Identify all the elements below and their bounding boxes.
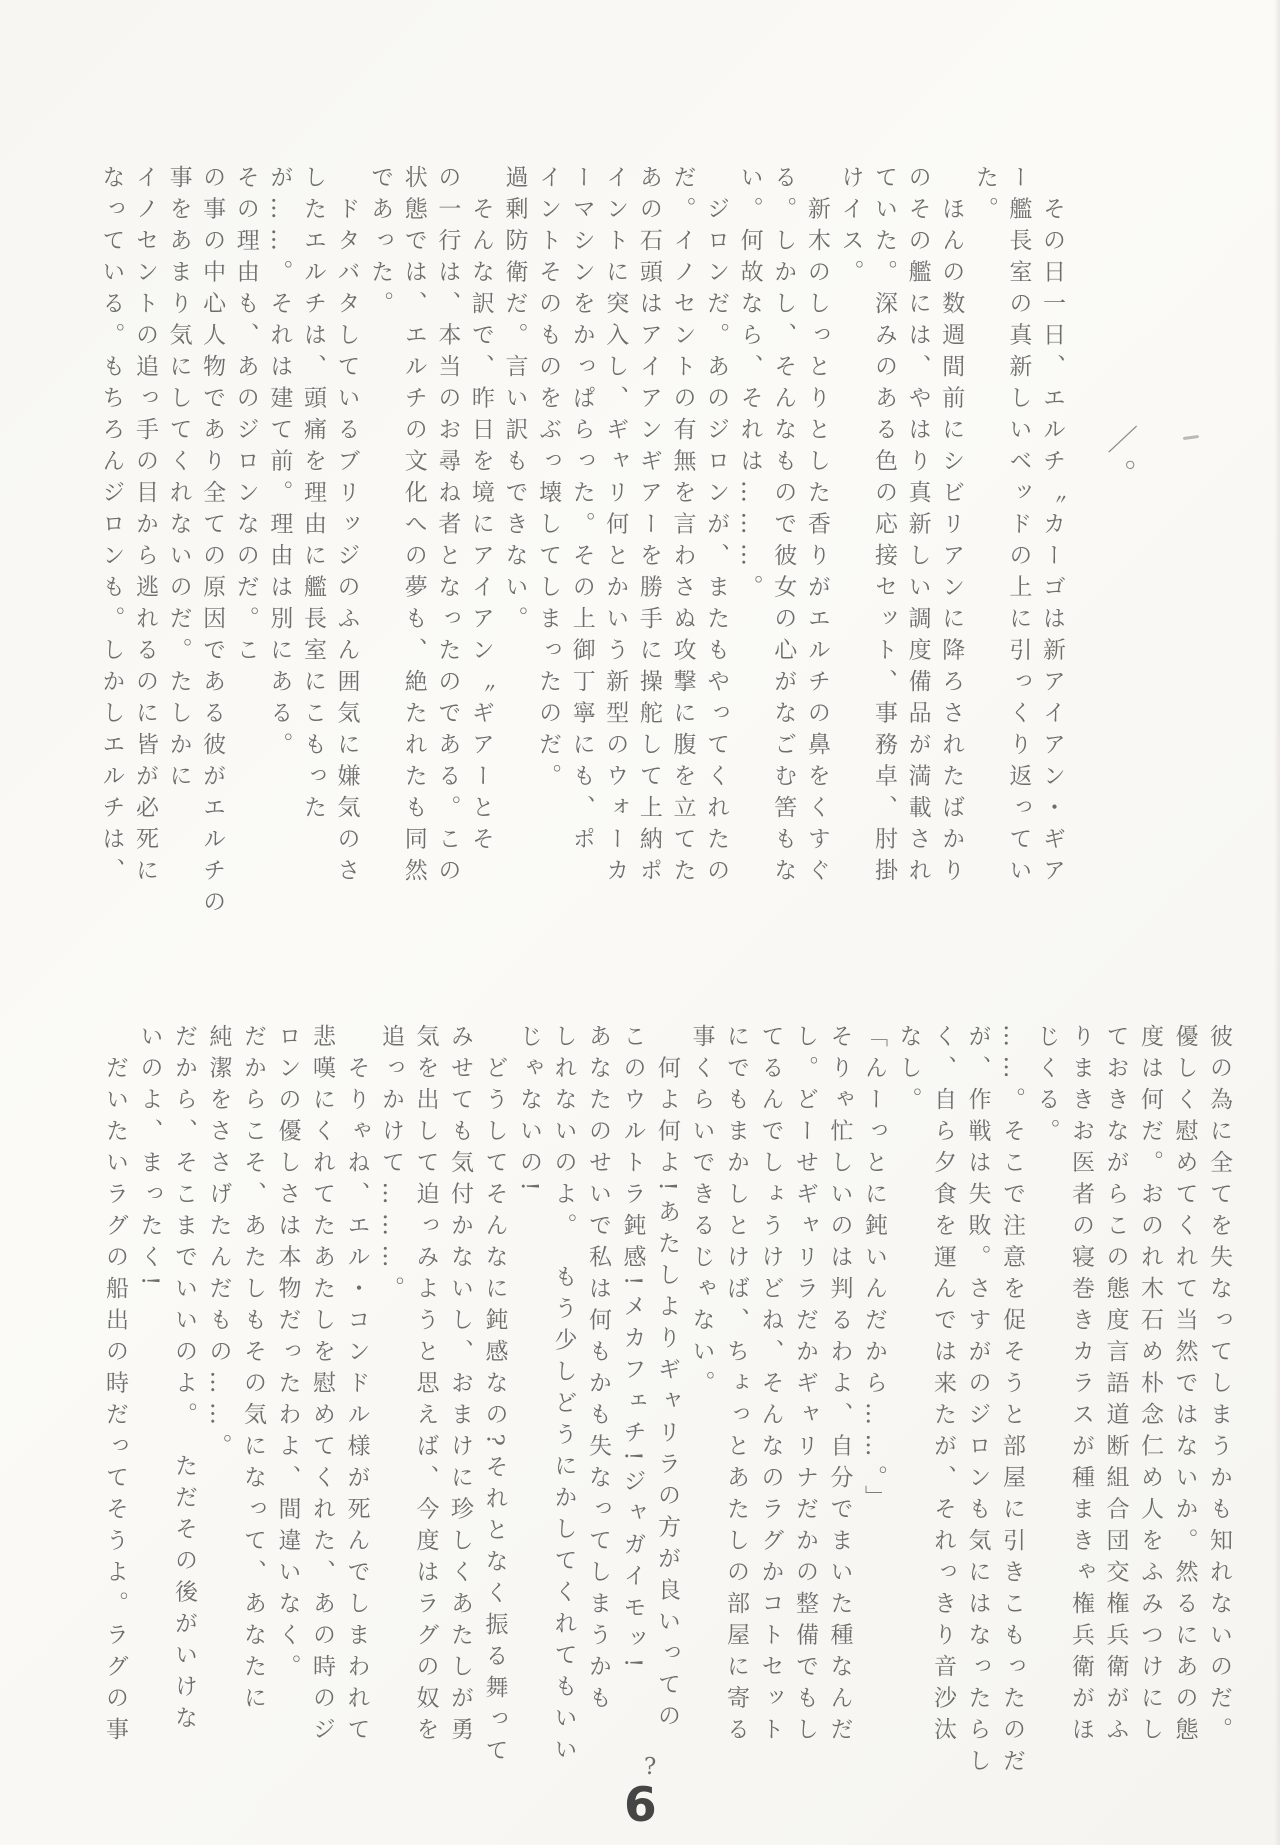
text-column: ……。そこで注意を促そうと部屋に引きこもったのだ (995, 1024, 1030, 1762)
text-column: 追っかけて………。 (374, 1024, 409, 1762)
text-column: あの石頭はアイアンギアーを勝手に操舵して上納ポ (631, 165, 665, 930)
text-column: し。どーせギャリラだかギャリナだかの整備でもし (788, 1024, 823, 1762)
scanned-page: その日一日、エルチ〝カーゴは新アイアン・ギアー艦長室の真新しいベッドの上に引っく… (0, 0, 1280, 1845)
page-number-question-mark: ? (644, 1754, 656, 1780)
text-column: く、自ら夕食を運んでは来たが、それっきり音沙汰 (926, 1024, 961, 1762)
text-column: ー艦長室の真新しいベッドの上に引っくり返ってい (1001, 165, 1035, 930)
handwritten-margin-mark: ／。 (1095, 423, 1141, 492)
text-column: が……。それは建て前。理由は別にある。 (262, 165, 296, 930)
text-column: ほんの数週間前にシビリアンに降ろされたばかり (934, 165, 968, 930)
text-column: ジロンだ。あのジロンが、またもやってくれたの (698, 165, 732, 930)
text-column: だ。イノセントの有無を言わさぬ攻撃に腹を立てた (665, 165, 699, 930)
text-column: にでもまかしとけば、ちょっとあたしの部屋に寄る (719, 1024, 754, 1762)
text-column: したエルチは、頭痛を理由に艦長室にこもった (295, 165, 329, 930)
text-column: だからこそ、あたしもその気になって、あなたに (236, 1024, 271, 1762)
text-column: イントそのものをぶっ壊してしまったのだ。 (531, 165, 565, 930)
text-column: その日一日、エルチ〝カーゴは新アイアン・ギア (1034, 165, 1068, 930)
scan-edge-shadow (1274, 0, 1280, 1845)
text-column: 過剰防衛だ。言い訳もできない。 (497, 165, 531, 930)
text-column: なし。 (891, 1024, 926, 1762)
text-column: ておきながらこの態度言語道断組合団交権兵衛がふ (1098, 1024, 1133, 1762)
text-column: 彼の為に全てを失なってしまうかも知れないのだ。 (1202, 1024, 1237, 1762)
text-column: 気を出して迫っみようと思えば、今度はラグの奴を (408, 1024, 443, 1762)
text-column: てるんでしょうけどね、そんなのラグかコトセット (753, 1024, 788, 1762)
text-column: ていた。深みのある色の応接セット、事務卓、肘掛 (866, 165, 900, 930)
text-column: 度は何だ。おのれ木石め朴念仁め人をふみつけにし (1133, 1024, 1168, 1762)
text-column: 新木のしっとりとした香りがエルチの鼻をくすぐ (799, 165, 833, 930)
stray-scan-dash (1183, 435, 1199, 440)
text-column: い。何故なら、それは………。 (732, 165, 766, 930)
text-column: じくる。 (1029, 1024, 1064, 1762)
text-column: りまきお医者の寝巻きカラスが種まきゃ権兵衛がほ (1064, 1024, 1099, 1762)
text-column: そんな訳で、昨日を境にアイアン〝ギアーとそ (463, 165, 497, 930)
text-column: 事をあまり気にしてくれないのだ。たしかに (161, 165, 195, 930)
text-column: の事の中心人物であり全ての原因である彼がエルチの (195, 165, 229, 930)
text-column: ロンの優しさは本物だったわよ、間違いなく。 (270, 1024, 305, 1762)
text-column: その理由も、あのジロンなのだ。こ (228, 165, 262, 930)
text-column: けイス。 (833, 165, 867, 930)
text-column: 何よ何よ!あたしよりギャリラの方が良いっての (650, 1024, 685, 1762)
page-number: 6 (624, 1778, 657, 1833)
text-block-top: その日一日、エルチ〝カーゴは新アイアン・ギアー艦長室の真新しいベッドの上に引っく… (92, 165, 1068, 930)
text-column: イノセントの追っ手の目から逃れるのに皆が必死に (127, 165, 161, 930)
text-column: みせても気付かないし、おまけに珍しくあたしが勇 (443, 1024, 478, 1762)
text-column: 「んーっとに鈍いんだから……。」 (857, 1024, 892, 1762)
text-column: ーマシンをかっぱらった。その上御丁寧にも、ポ (564, 165, 598, 930)
text-column: 事くらいできるじゃない。 (684, 1024, 719, 1762)
text-column: た。 (967, 165, 1001, 930)
text-column: しれないのよ。 もう少しどうにかしてくれてもいい (546, 1024, 581, 1762)
text-column: だいたいラグの船出の時だってそうよ。ラグの事 (98, 1024, 133, 1762)
text-block-bottom: 彼の為に全てを失なってしまうかも知れないのだ。優しく慰めてくれて当然ではないか。… (96, 1024, 1236, 1762)
text-column: が、作戦は失敗。さすがのジロンも気にはなったらし (960, 1024, 995, 1762)
text-column: そりゃ忙しいのは判るわよ、自分でまいた種なんだ (822, 1024, 857, 1762)
text-column: のその艦には、やはり真新しい調度備品が満載され (900, 165, 934, 930)
text-column: 状態では、エルチの文化への夢も、絶たれたも同然 (396, 165, 430, 930)
text-column: じゃないの! (512, 1024, 547, 1762)
text-column: どうしてそんなに鈍感なの?それとなく振る舞って (477, 1024, 512, 1762)
text-column: 悲嘆にくれてたあたしを慰めてくれた、あの時のジ (305, 1024, 340, 1762)
text-column: あなたのせいで私は何もかも失なってしまうかも (581, 1024, 616, 1762)
text-column: このウルトラ鈍感!メカフェチ!ジャガイモッ! (615, 1024, 650, 1762)
text-column: だから、そこまでいいのよ。 ただその後がいけな (167, 1024, 202, 1762)
text-column: そりゃね、エル・コンドル様が死んでしまわれて (339, 1024, 374, 1762)
text-column: であった。 (363, 165, 397, 930)
text-column: 純潔をささげたんだもの……。 (201, 1024, 236, 1762)
text-column: イントに突入し、ギャリ何とかいう新型のウォーカ (598, 165, 632, 930)
text-column: なっている。もちろんジロンも。しかしエルチは、 (94, 165, 128, 930)
text-column: いのよ、まったく! (132, 1024, 167, 1762)
text-column: る。しかし、そんなもので彼女の心がなごむ筈もな (766, 165, 800, 930)
text-column: の一行は、本当のお尋ね者となったのである。この (430, 165, 464, 930)
text-column: 優しく慰めてくれて当然ではないか。然るにあの態 (1167, 1024, 1202, 1762)
text-column: ドタバタしているブリッジのふん囲気に嫌気のさ (329, 165, 363, 930)
